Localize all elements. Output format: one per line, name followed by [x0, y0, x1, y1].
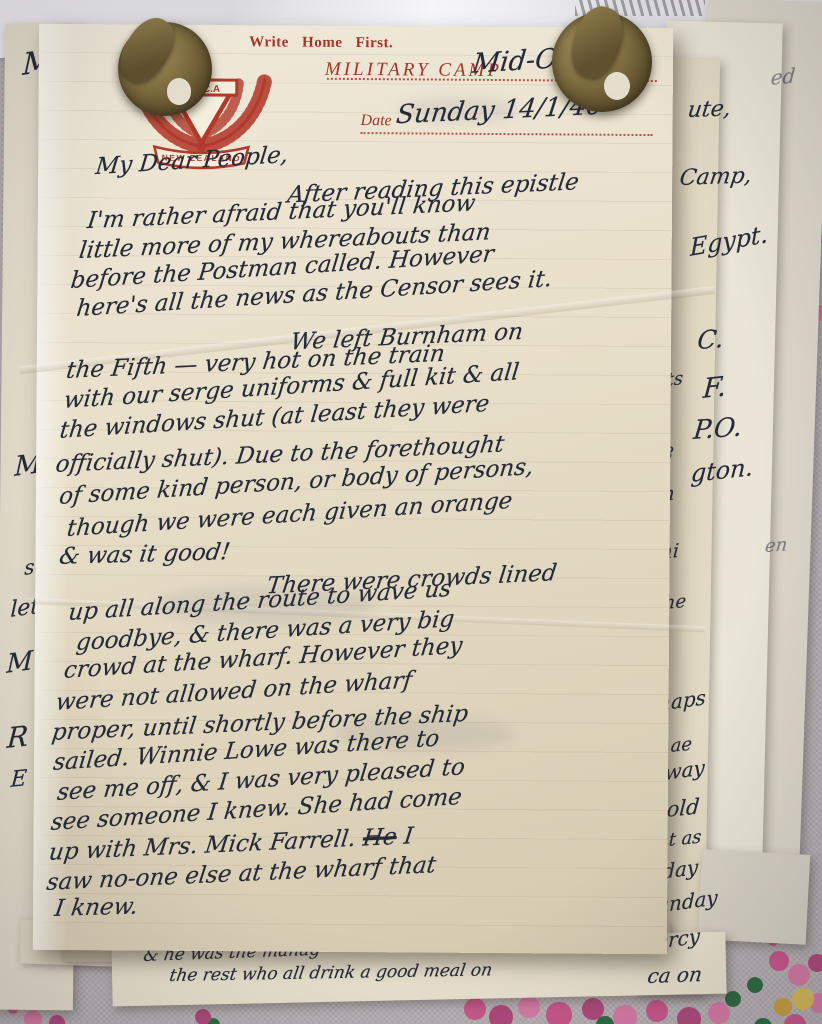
camp-location-handwritten: Mid-O — [471, 43, 559, 80]
brass-fastener-right — [552, 12, 652, 112]
letterhead-slogan: Write Home First. — [249, 34, 393, 52]
handwritten-line: I knew. — [53, 893, 140, 921]
fastener-paper-glimpse — [167, 78, 191, 104]
handwritten-line: My Dear People, — [94, 142, 289, 180]
brass-fastener-left — [118, 22, 212, 116]
stacked-corner-bottom-right — [698, 849, 811, 945]
date-dotted-line — [360, 132, 652, 136]
struck-out-word: He — [361, 824, 398, 852]
photo-of-letters: ute,Camp,Egypt.C.F.P.O.gton.ts8hhithelha… — [0, 0, 822, 1024]
letterhead-date-label: Date — [361, 112, 392, 130]
letter-sheet: Write Home First. MILITARY CAMP Mid-O Da… — [33, 24, 673, 954]
fastener-paper-glimpse — [604, 72, 630, 100]
handwritten-line: & was it good! — [57, 539, 231, 570]
